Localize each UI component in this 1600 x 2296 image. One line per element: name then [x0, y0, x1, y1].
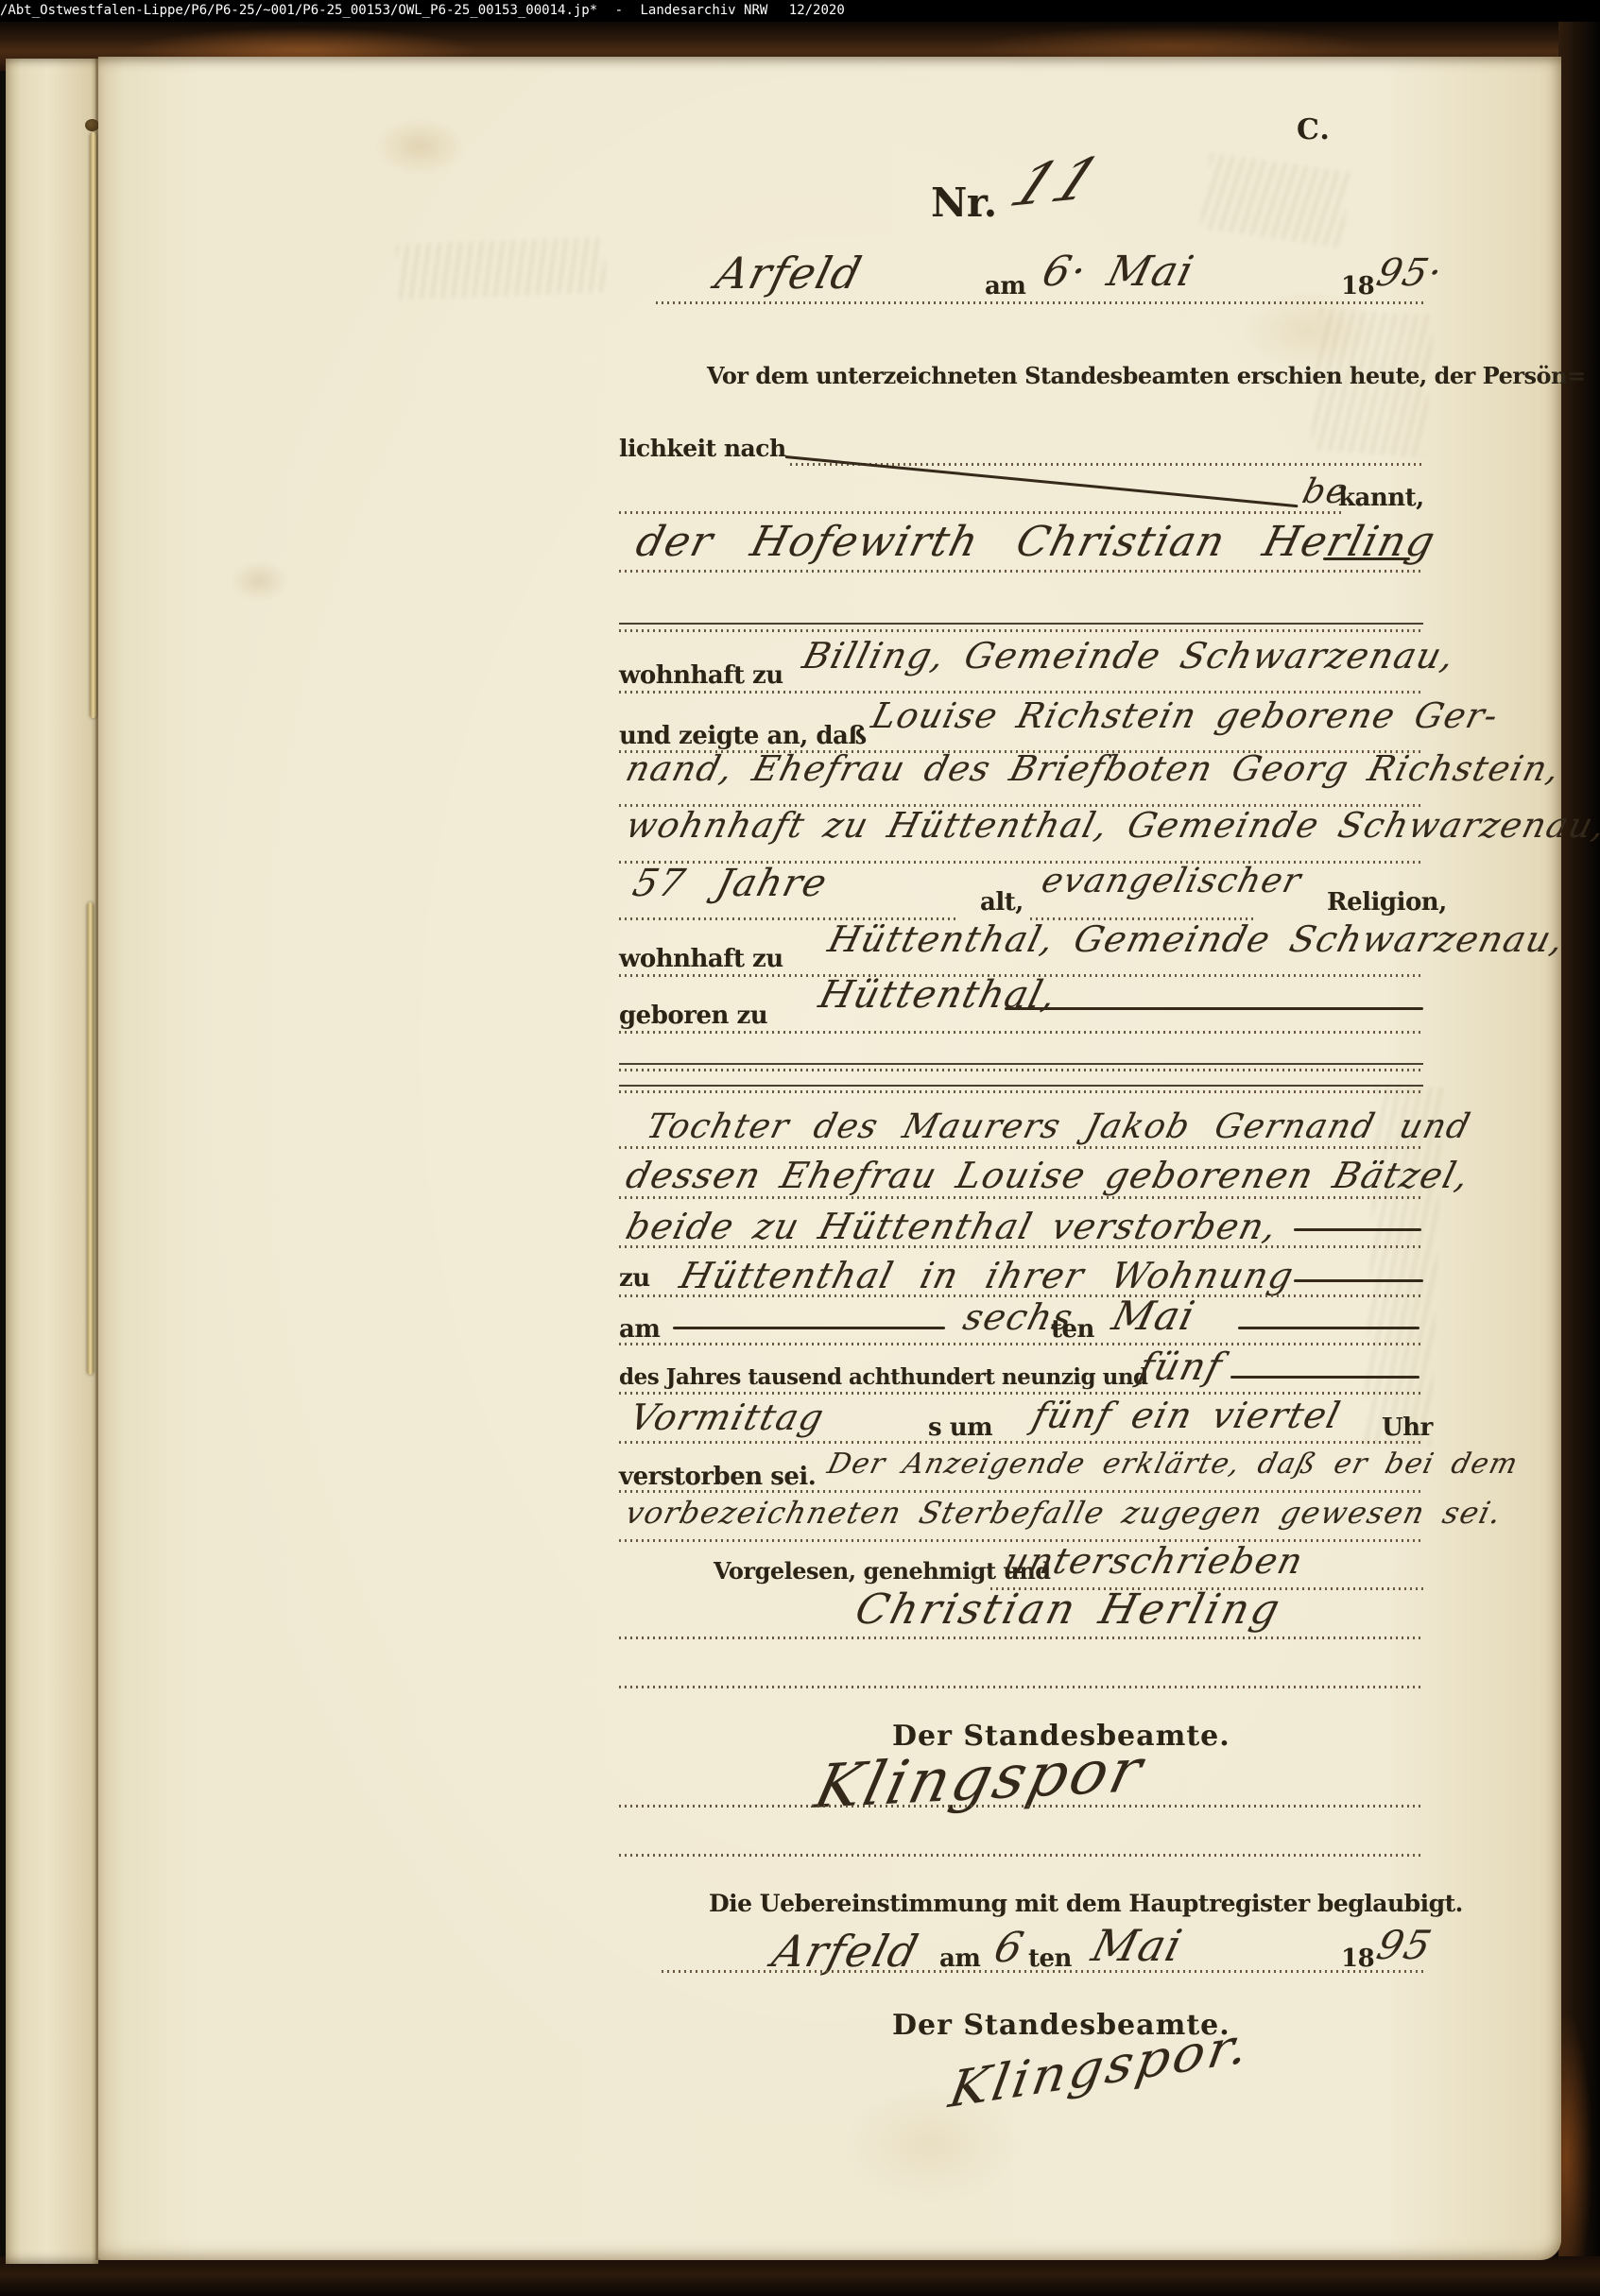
form-rule: [619, 1343, 1423, 1345]
ink-bleedthrough: [396, 237, 606, 300]
binding-thread: [87, 902, 94, 1375]
intro-line1: Vor dem unterzeichneten Standesbeamten e…: [707, 362, 1586, 389]
corner-letter: C.: [1297, 113, 1331, 146]
form-rule: [619, 1854, 1423, 1857]
viewer-titlebar: /Abt_Ostwestfalen-Lippe/P6/P6-25/~001/P6…: [0, 0, 1600, 22]
left-blank-page: [6, 59, 98, 2264]
closing-hand1: Der Anzeigende erklärte, daß er bei dem: [824, 1448, 1523, 1481]
cert-place: Arfeld: [767, 1926, 924, 1977]
ink-dash: [1238, 1327, 1419, 1329]
dateline-am: am: [985, 272, 1025, 300]
form-rule: [619, 1490, 1423, 1493]
closing-printed: verstorben sei.: [619, 1463, 816, 1491]
parentage-line2: dessen Ehefrau Louise geborenen Bätzel,: [622, 1155, 1474, 1196]
death-time-s-um: s um: [928, 1414, 992, 1442]
parentage-line1: Tochter des Maurers Jakob Gernand und: [643, 1107, 1475, 1146]
form-rule: [619, 1686, 1423, 1688]
form-rule: [619, 1245, 1423, 1248]
form-rule: [619, 1063, 1423, 1065]
ink-dash: [1294, 1279, 1423, 1282]
death-time-period: Vormittag: [626, 1396, 829, 1438]
form-rule: [619, 1636, 1423, 1639]
cert-ten: ten: [1028, 1945, 1072, 1973]
residence2-label: wohnhaft zu: [619, 945, 783, 973]
bekannt-printed: kannt,: [1338, 484, 1424, 512]
form-rule: [619, 1085, 1423, 1087]
intro-line2: lichkeit nach: [619, 435, 786, 462]
ink-dash: [1005, 1007, 1423, 1010]
form-rule: [619, 1441, 1423, 1444]
declarant-signature: Christian Herling: [851, 1585, 1287, 1634]
form-rule: [662, 1970, 1423, 1973]
residence2-value: Hüttenthal, Gemeinde Schwarzenau,: [824, 918, 1570, 960]
ink-dash: [1230, 1376, 1419, 1379]
scan-date: 12/2020: [789, 0, 845, 21]
death-month: Mai: [1108, 1293, 1200, 1339]
death-ten: ten: [1051, 1315, 1094, 1344]
form-rule: [619, 1146, 1423, 1149]
form-rule: [656, 301, 1423, 304]
death-date-label: am: [619, 1315, 660, 1344]
form-rule: [619, 623, 1423, 625]
form-rule: [619, 1196, 1423, 1199]
report-label: und zeigte an, daß: [619, 722, 867, 750]
binding-thread: [90, 132, 96, 718]
signed-word: unterschrieben: [1000, 1540, 1308, 1582]
religion-value: evangelischer: [1038, 862, 1306, 900]
ink-dash: [1294, 1228, 1421, 1231]
death-place-value: Hüttenthal in ihrer Wohnung: [676, 1255, 1299, 1296]
cert-year-printed: 18: [1341, 1945, 1374, 1973]
religion-label: Religion,: [1327, 888, 1447, 917]
dateline-day-month: 6· Mai: [1038, 248, 1199, 296]
cert-month: Mai: [1087, 1920, 1188, 1971]
titlebar-separator: -: [615, 0, 623, 21]
deceased-line1: Louise Richstein geborene Ger-: [868, 695, 1504, 736]
dateline-year-hand: 95·: [1372, 251, 1448, 295]
deceased-line3: wohnhaft zu Hüttenthal, Gemeinde Schwarz…: [622, 805, 1600, 846]
residence-label: wohnhaft zu: [619, 661, 783, 690]
record-number-label: Nr.: [931, 180, 997, 226]
cert-am: am: [939, 1945, 980, 1973]
form-rule: [619, 511, 1342, 514]
birth-value: Hüttenthal,: [815, 973, 1061, 1017]
archive-name: Landesarchiv NRW: [640, 0, 767, 21]
form-rule: [619, 570, 1423, 573]
form-rule: [619, 691, 1423, 694]
ink-dash: [673, 1327, 945, 1329]
dateline-place: Arfeld: [711, 248, 868, 299]
death-year-value: fünf: [1134, 1345, 1228, 1389]
form-rule: [619, 1805, 1423, 1808]
file-path: /Abt_Ostwestfalen-Lippe/P6/P6-25/~001/P6…: [0, 0, 597, 21]
ink-dash: [1323, 557, 1410, 560]
form-rule: [619, 1090, 1423, 1093]
death-time-uhr: Uhr: [1382, 1414, 1433, 1442]
age-label: alt,: [980, 888, 1024, 917]
binding-thread-knot: [85, 119, 99, 131]
age-value: 57 Jahre: [628, 862, 833, 905]
certification-line: Die Uebereinstimmung mit dem Hauptregist…: [709, 1890, 1463, 1917]
form-rule: [619, 629, 1423, 632]
death-year-label: des Jahres tausend achthundert neunzig u…: [619, 1364, 1148, 1390]
scan-viewer: /Abt_Ostwestfalen-Lippe/P6/P6-25/~001/P6…: [0, 0, 1600, 2296]
death-place-label: zu: [619, 1264, 650, 1293]
form-rule: [619, 1031, 1423, 1034]
parentage-line3: beide zu Hüttenthal verstorben,: [622, 1206, 1282, 1247]
birth-label: geboren zu: [619, 1002, 767, 1030]
form-rule: [619, 1069, 1423, 1071]
deceased-line2: nand, Ehefrau des Briefboten Georg Richs…: [622, 748, 1565, 789]
death-time-value: fünf ein viertel: [1028, 1395, 1346, 1436]
book-cover-bottom-edge: [0, 2256, 1600, 2296]
declarant-name: der Hofewirth Christian Herling: [631, 518, 1440, 566]
dateline-year-printed: 18: [1341, 272, 1374, 300]
closing-hand2: vorbezeichneten Sterbefalle zugegen gewe…: [622, 1495, 1506, 1531]
residence-value: Billing, Gemeinde Schwarzenau,: [799, 635, 1460, 677]
